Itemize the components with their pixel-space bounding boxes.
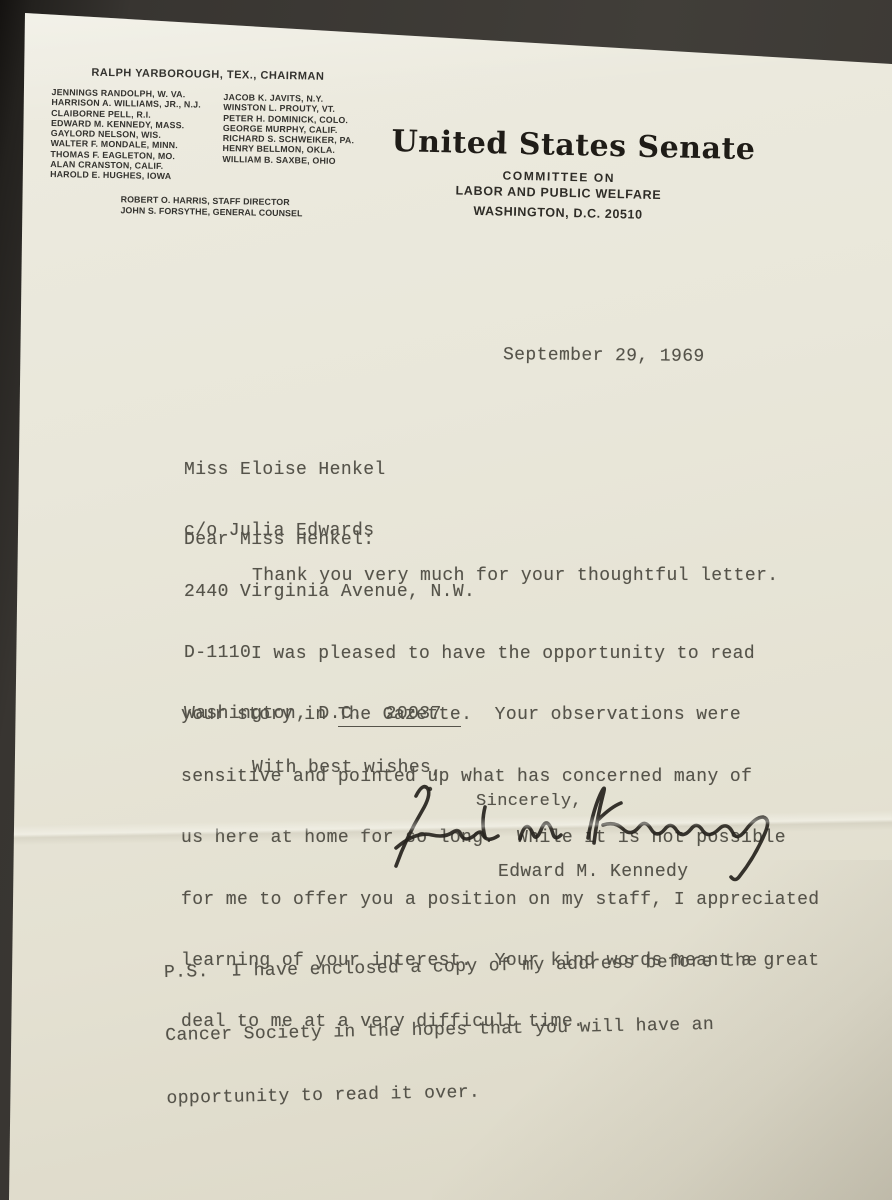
paragraph-2-line: for me to offer you a position on my sta… bbox=[181, 890, 820, 911]
signature-lead-stroke bbox=[396, 787, 429, 866]
letterhead-member: HAROLD E. HUGHES, IOWA bbox=[50, 169, 222, 182]
letterhead-members-right: JACOB K. JAVITS, N.Y. WINSTON L. PROUTY,… bbox=[222, 90, 364, 185]
gazette-underlined-title: The Gazette bbox=[338, 705, 461, 727]
paragraph-2-line: your story in The Gazette. Your observat… bbox=[181, 705, 820, 726]
letter-date: September 29, 1969 bbox=[503, 345, 705, 367]
senate-title: United States Senate bbox=[391, 124, 728, 167]
postscript: P.S. I have enclosed a copy of my addres… bbox=[163, 910, 761, 1151]
letterhead-member-columns: JENNINGS RANDOLPH, W. VA. HARRISON A. WI… bbox=[50, 87, 364, 185]
letterhead-chairman: RALPH YARBOROUGH, TEX., CHAIRMAN bbox=[52, 66, 364, 83]
signature-m-scrawl bbox=[520, 823, 561, 839]
letterhead-roster: RALPH YARBOROUGH, TEX., CHAIRMAN JENNING… bbox=[49, 66, 364, 220]
postscript-line: Cancer Society in the hopes that you wil… bbox=[165, 1013, 759, 1048]
paragraph-2-text: your story in bbox=[181, 705, 338, 725]
typed-signature-name: Edward M. Kennedy bbox=[498, 862, 688, 882]
postscript-line: opportunity to read it over. bbox=[166, 1076, 760, 1111]
postscript-line: P.S. I have enclosed a copy of my addres… bbox=[164, 950, 758, 985]
closing-line: With best wishes, bbox=[252, 758, 442, 778]
recipient-line: Miss Eloise Henkel bbox=[184, 460, 475, 481]
letterhead-member: WILLIAM B. SAXBE, OHIO bbox=[222, 154, 362, 167]
letterhead-members-left: JENNINGS RANDOLPH, W. VA. HARRISON A. WI… bbox=[50, 87, 224, 183]
letter-paper: RALPH YARBOROUGH, TEX., CHAIRMAN JENNING… bbox=[0, 0, 892, 1200]
signature-d-stem bbox=[483, 807, 485, 837]
paragraph-2-text: . Your observations were bbox=[461, 705, 741, 725]
senate-masthead: United States Senate COMMITTEE ON LABOR … bbox=[390, 124, 728, 224]
letterhead-staff: ROBERT O. HARRIS, STAFF DIRECTOR JOHN S.… bbox=[49, 193, 361, 220]
letterhead-city-line: WASHINGTON, D.C. 20510 bbox=[390, 202, 726, 224]
letter-photograph: RALPH YARBOROUGH, TEX., CHAIRMAN JENNING… bbox=[0, 0, 892, 1200]
paragraph-1: Thank you very much for your thoughtful … bbox=[252, 566, 778, 586]
salutation: Dear Miss Henkel: bbox=[184, 530, 374, 550]
paragraph-2-line: I was pleased to have the opportunity to… bbox=[181, 644, 820, 665]
